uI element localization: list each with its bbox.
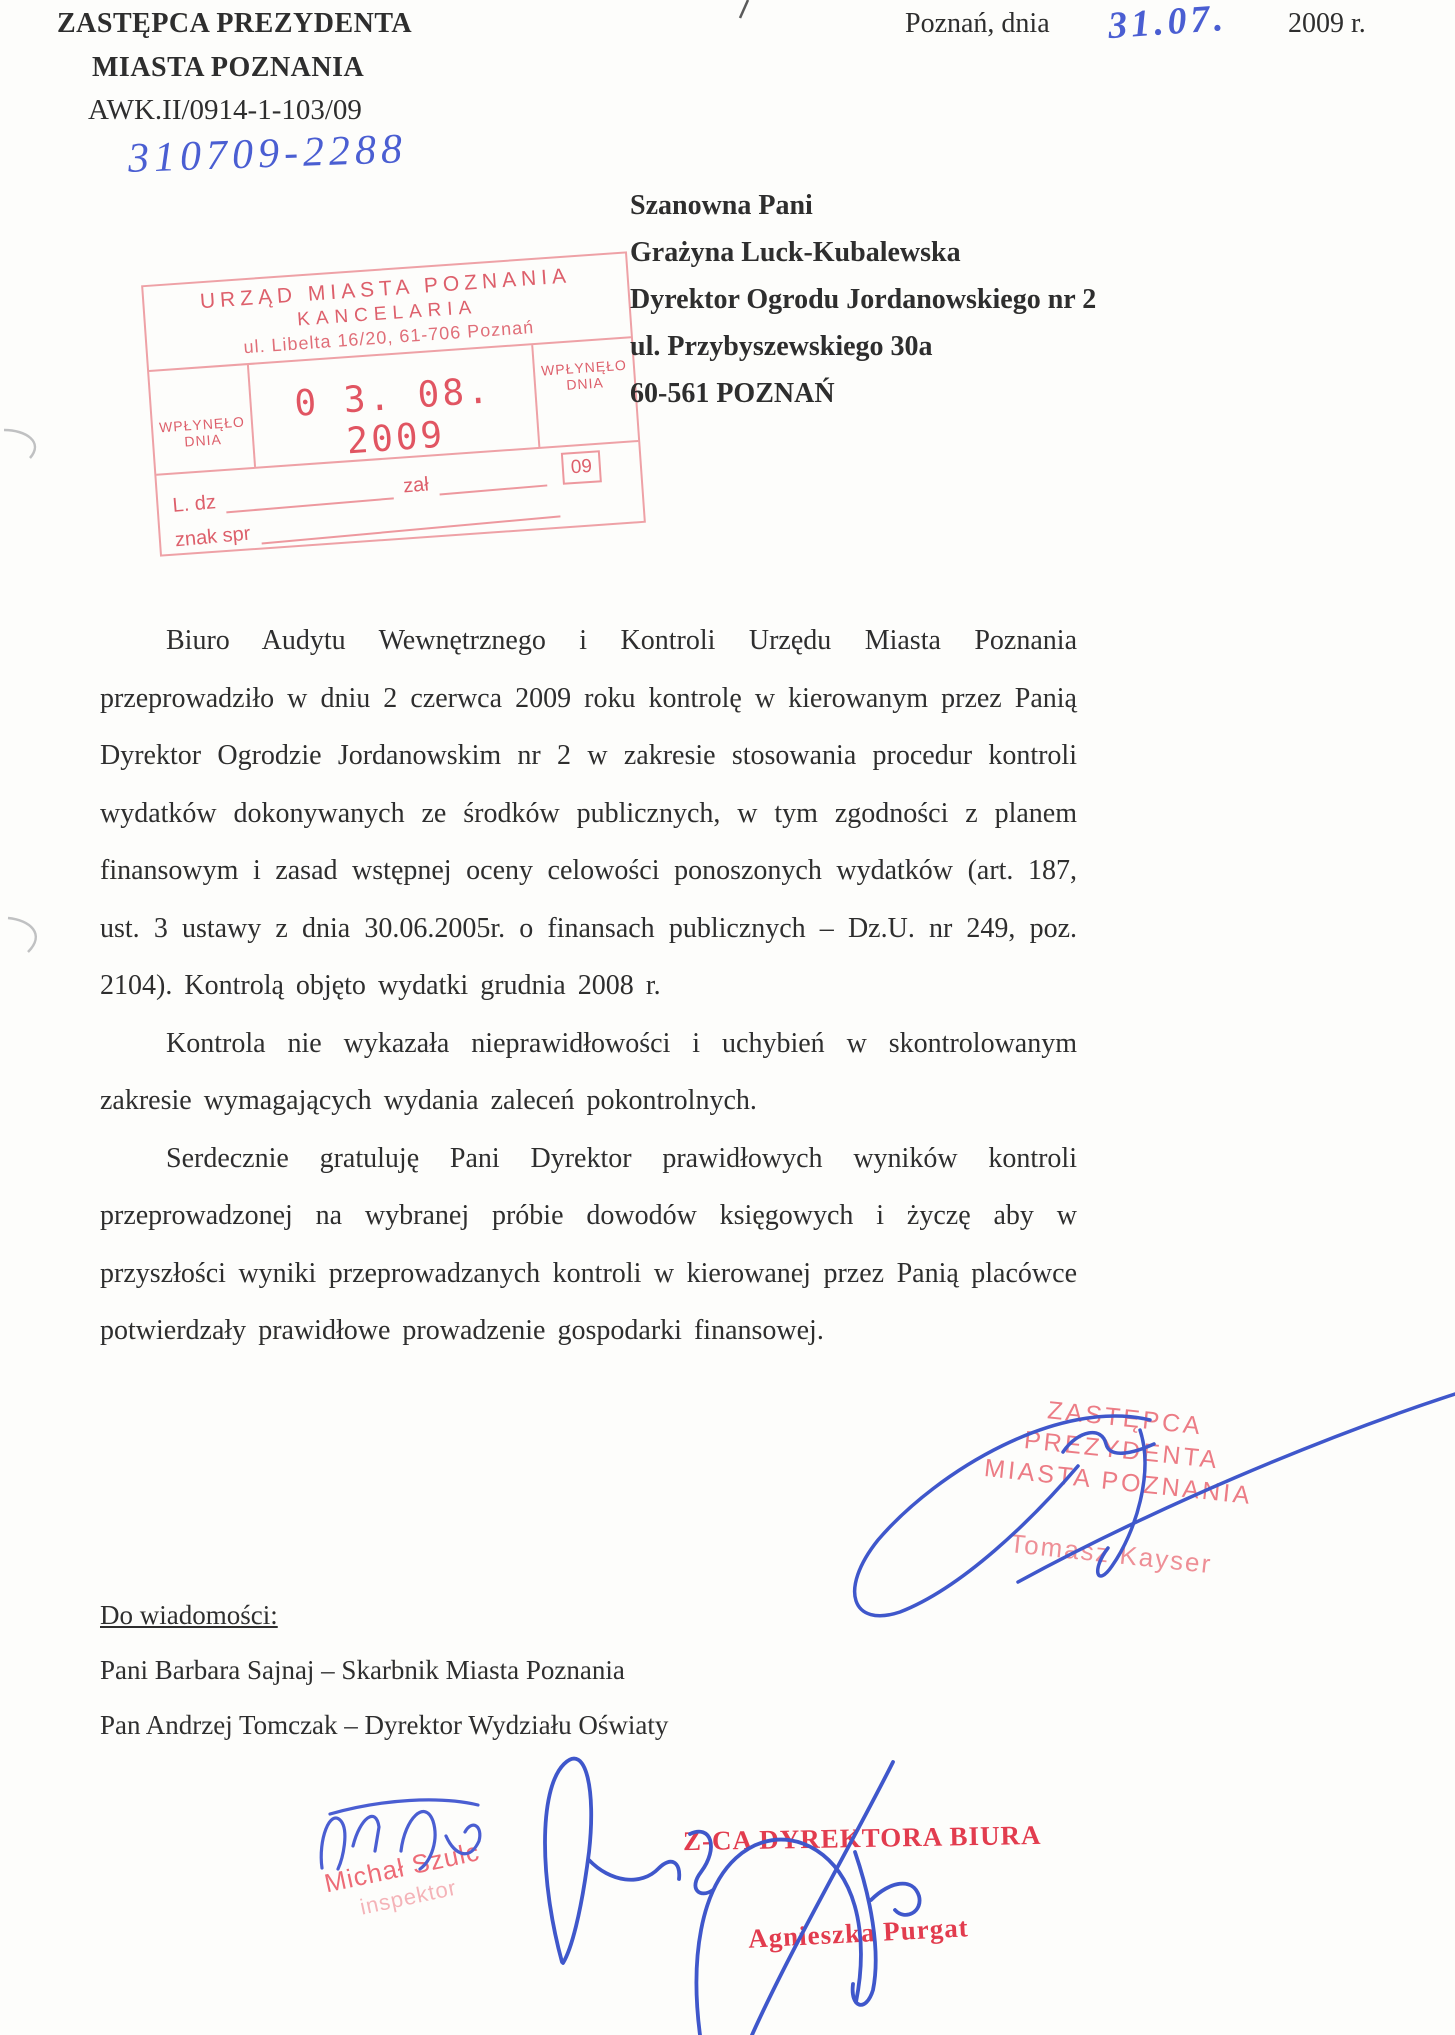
signer-stamp: ZASTĘPCA PREZYDENTA MIASTA POZNANIA Toma… xyxy=(940,1385,1296,1588)
received-sublabel: DNIA xyxy=(566,374,604,393)
scan-mark-left-2 xyxy=(8,918,36,952)
received-sublabel: DNIA xyxy=(184,431,222,450)
scan-mark-top xyxy=(740,0,748,18)
reference-number: AWK.II/0914-1-103/09 xyxy=(88,94,362,127)
dateline-year: 2009 r. xyxy=(1288,8,1366,40)
recipient-name: Grażyna Luck-Kubalewska xyxy=(630,229,1096,276)
ldz-label: L. dz xyxy=(172,491,217,518)
year-box: 09 xyxy=(561,450,602,485)
handwritten-registry-number: 310709-2288 xyxy=(127,125,408,183)
middle-signature xyxy=(545,1759,713,1963)
znak-label: znak spr xyxy=(174,523,251,553)
entry-stamp-received-left: WPŁYNĘŁO DNIA xyxy=(149,365,256,474)
clerk-stamp: Michał Szulc inspektor xyxy=(286,1829,523,1935)
zal-label: zał xyxy=(402,473,429,498)
zal-blank-line xyxy=(438,465,547,496)
recipient-street: ul. Przybyszewskiego 30a xyxy=(630,323,1096,370)
recipient-title: Dyrektor Ogrodu Jordanowskiego nr 2 xyxy=(630,276,1096,323)
entry-stamp-received-right: WPŁYNĘŁO DNIA xyxy=(531,338,638,447)
body-paragraph-1: Biuro Audytu Wewnętrznego i Kontroli Urz… xyxy=(100,612,1077,1015)
sender-office-line2: MIASTA POZNANIA xyxy=(92,52,364,84)
recipient-city: 60-561 POZNAŃ xyxy=(630,370,1096,417)
deputy-stamp-title: Z-CA DYREKTORA BIURA xyxy=(683,1820,1042,1857)
entry-stamp: URZĄD MIASTA POZNANIA KANCELARIA ul. Lib… xyxy=(141,251,646,556)
body-paragraph-2: Kontrola nie wykazała nieprawidłowości i… xyxy=(100,1015,1077,1130)
entry-stamp-date: 0 3. 08. 2009 xyxy=(249,345,538,466)
deputy-stamp-name: Agnieszka Purgat xyxy=(747,1912,969,1955)
ldz-blank-line xyxy=(225,477,394,513)
cc-item: Pan Andrzej Tomczak – Dyrektor Wydziału … xyxy=(100,1710,668,1741)
recipient-block: Szanowna Pani Grażyna Luck-Kubalewska Dy… xyxy=(630,182,1096,417)
scan-mark-left-1 xyxy=(4,430,35,458)
cc-heading: Do wiadomości: xyxy=(100,1600,278,1631)
signer-stamp-name: Tomasz Kayser xyxy=(940,1520,1281,1587)
scanned-letter-page: ZASTĘPCA PREZYDENTA MIASTA POZNANIA AWK.… xyxy=(0,0,1455,2035)
recipient-salutation: Szanowna Pani xyxy=(630,182,1096,229)
letter-body: Biuro Audytu Wewnętrznego i Kontroli Urz… xyxy=(100,612,1077,1360)
sender-office-line1: ZASTĘPCA PREZYDENTA xyxy=(57,8,412,40)
handwritten-date: 31.07. xyxy=(1107,0,1229,48)
cc-item: Pani Barbara Sajnaj – Skarbnik Miasta Po… xyxy=(100,1655,625,1686)
body-paragraph-3: Serdecznie gratuluję Pani Dyrektor prawi… xyxy=(100,1130,1077,1360)
purgat-signature xyxy=(696,1762,919,2035)
dateline-place: Poznań, dnia xyxy=(905,8,1050,40)
